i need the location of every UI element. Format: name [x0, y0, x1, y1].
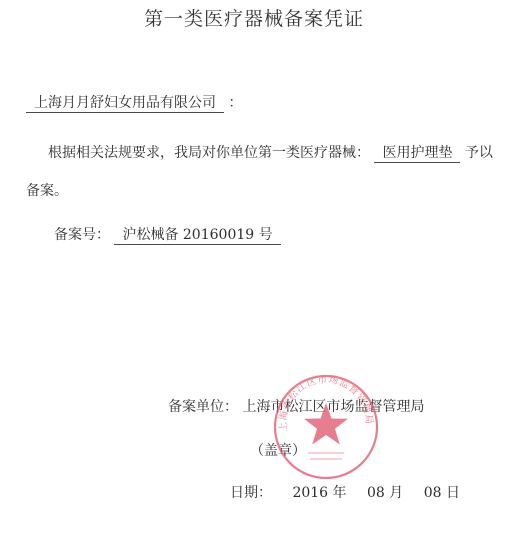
official-stamp: 上海市松江区市场监督管理局: [272, 373, 380, 481]
date-year: 2016: [292, 485, 328, 501]
record-number-line: 备案号： 沪松械备 20160019 号: [54, 224, 281, 244]
record-number-label: 备案号：: [54, 227, 110, 243]
date-day-unit: 日: [446, 485, 460, 501]
date-month: 08: [367, 485, 385, 501]
addressee-colon: ：: [228, 95, 242, 111]
date-month-unit: 月: [389, 485, 403, 501]
date-label: 日期：: [230, 485, 272, 501]
body-suffix: 予以: [465, 145, 493, 161]
addressee-company: 上海月月舒妇女用品有限公司: [26, 95, 224, 113]
body-prefix: 根据相关法规要求，我局对你单位第一类医疗器械：: [48, 145, 370, 161]
stamp-inner-text: [308, 453, 344, 459]
product-name: 医用护理垫: [374, 145, 460, 163]
date-day: 08: [424, 485, 442, 501]
record-number-value: 沪松械备 20160019 号: [114, 227, 280, 245]
date-line: 日期： 2016 年 08 月 08 日: [230, 482, 460, 502]
body-line-1: 根据相关法规要求，我局对你单位第一类医疗器械： 医用护理垫 予以: [48, 142, 493, 162]
date-year-unit: 年: [333, 485, 347, 501]
issuer-label: 备案单位：: [168, 399, 238, 415]
addressee-line: 上海月月舒妇女用品有限公司 ：: [26, 92, 242, 112]
star-icon: [304, 403, 348, 445]
body-line-2: 备案。: [26, 180, 68, 200]
stamp-graphic: 上海市松江区市场监督管理局: [272, 373, 380, 481]
document-title: 第一类医疗器械备案凭证: [0, 4, 508, 31]
